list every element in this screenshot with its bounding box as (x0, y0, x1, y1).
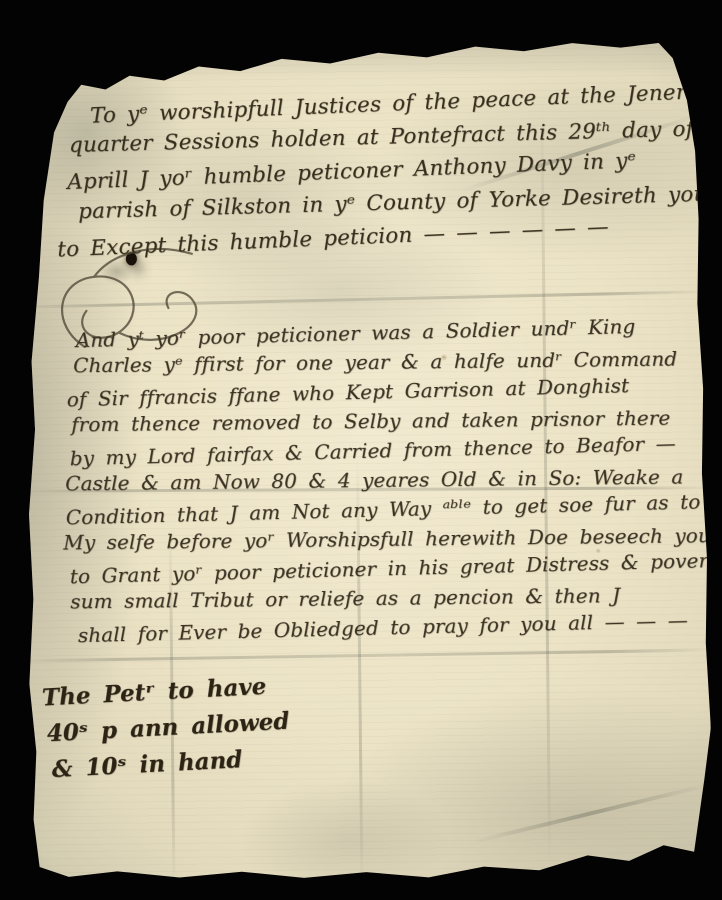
manuscript-paper: To yᵉ worshipfull Justices of the peace … (12, 32, 713, 887)
fold-crease-diagonal-bottom-right (473, 783, 707, 843)
allowance-note: The Petʳ to have 40ˢ p ann allowed & 10ˢ… (41, 668, 292, 789)
photo-background: To yᵉ worshipfull Justices of the peace … (0, 0, 722, 900)
petition-body: And yᵗ yoʳ poor peticioner was a Soldier… (59, 311, 722, 648)
fold-crease-horizontal-lower (18, 649, 710, 663)
petition-heading: To yᵉ worshipfull Justices of the peace … (53, 77, 719, 263)
